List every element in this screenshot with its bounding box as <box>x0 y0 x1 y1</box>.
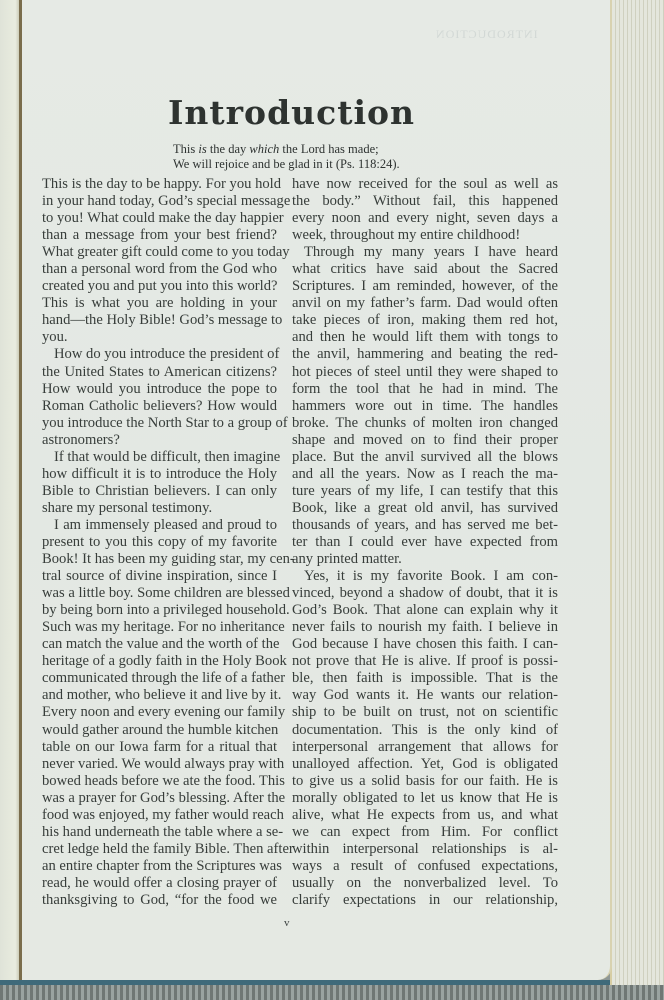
text-line: have now received for the soul as well a… <box>292 176 558 193</box>
text-line: his hand underneath the table where a se… <box>42 824 277 841</box>
text-line: an entire chapter from the Scriptures wa… <box>42 858 277 875</box>
text-line: what critics have said about the Sacred <box>292 261 558 278</box>
text-line: Every noon and every evening our family <box>42 704 277 721</box>
text-line: within interpersonal relationships is al… <box>292 841 558 858</box>
text-line: than a personal word from the God who <box>42 261 277 278</box>
text-line: in your hand today, God’s special messag… <box>42 193 277 210</box>
text-line: the anvil, hammering and beating the red… <box>292 346 558 363</box>
text-line: how difficult it is to introduce the Hol… <box>42 466 277 483</box>
photo-background-bottom <box>0 985 664 1000</box>
text-line: to give us a solid basis for our faith. … <box>292 773 558 790</box>
right-text-column: have now received for the soul as well a… <box>292 176 558 909</box>
text-line: ter than I could ever have expected from <box>292 534 558 551</box>
text-line: heritage of a godly faith in the Holy Bo… <box>42 653 277 670</box>
text-line: you. <box>42 329 277 346</box>
text-line: morally obligated to let us know that He… <box>292 790 558 807</box>
text-line: food was enjoyed, my father would reach <box>42 807 277 824</box>
text-line: place. But the anvil survived all the bl… <box>292 449 558 466</box>
text-line: than a message from your best friend? <box>42 227 277 244</box>
text-line: was a little boy. Some children are bles… <box>42 585 277 602</box>
text-line: hand—the Holy Bible! God’s message to <box>42 312 277 329</box>
text-line: alive, what He expects from us, and what <box>292 807 558 824</box>
text-line: What greater gift could come to you toda… <box>42 244 277 261</box>
text-line: Roman Catholic believers? How would <box>42 398 277 415</box>
text-line: can match the value and the worth of the <box>42 636 277 653</box>
text-line: read, he would offer a closing prayer of <box>42 875 277 892</box>
page-title: Introduction <box>168 93 415 132</box>
text-line: documentation. This is the only kind of <box>292 722 558 739</box>
text-line: present to you this copy of my favorite <box>42 534 277 551</box>
text-line: we can expect from Him. For conflict <box>292 824 558 841</box>
text-line: Scriptures. I am reminded, however, of t… <box>292 278 558 295</box>
text-line: vinced, beyond a shadow of doubt, that i… <box>292 585 558 602</box>
left-text-column: This is the day to be happy. For you hol… <box>42 176 277 909</box>
text-line: any printed matter. <box>292 551 558 568</box>
text-line: If that would be difficult, then imagine <box>42 449 277 466</box>
page-stack <box>612 0 664 985</box>
text-line: to you! What could make the day happier <box>42 210 277 227</box>
text-line: tral source of divine inspiration, since… <box>42 568 277 585</box>
text-line: hammers wore out in time. The handles <box>292 398 558 415</box>
text-line: the United States to American citizens? <box>42 364 277 381</box>
text-line: usually on the nonverbalized level. To <box>292 875 558 892</box>
text-line: cret ledge held the family Bible. Then a… <box>42 841 277 858</box>
text-line: never fails to nourish my faith. I belie… <box>292 619 558 636</box>
text-line: form the tool that he had in mind. The <box>292 381 558 398</box>
text-line: Such was my heritage. For no inheritance <box>42 619 277 636</box>
text-line: and then he would lift them with tongs t… <box>292 329 558 346</box>
text-line: never varied. We would always pray with <box>42 756 277 773</box>
text-line: unalloyed affection. Yet, God is obligat… <box>292 756 558 773</box>
text-line: God’s Book. That alone can explain why i… <box>292 602 558 619</box>
epigraph-line-2: We will rejoice and be glad in it (Ps. 1… <box>173 157 400 172</box>
text-line: every noon and every night, seven days a <box>292 210 558 227</box>
text-line: week, throughout my entire childhood! <box>292 227 558 244</box>
text-line: How do you introduce the president of <box>42 346 277 363</box>
text-line: This is the day to be happy. For you hol… <box>42 176 277 193</box>
text-line: God because I have chosen this faith. I … <box>292 636 558 653</box>
text-line: How would you introduce the pope to <box>42 381 277 398</box>
text-line: and all the years. Now as I reach the ma… <box>292 466 558 483</box>
text-line: table on our Iowa farm for a ritual that <box>42 739 277 756</box>
text-line: created you and put you into this world? <box>42 278 277 295</box>
text-line: ture years of my life, I can testify tha… <box>292 483 558 500</box>
text-line: and mother, who believe it and live by i… <box>42 687 277 704</box>
text-line: thousands of years, and has served me be… <box>292 517 558 534</box>
text-line: share my personal testimony. <box>42 500 277 517</box>
text-line: ship to be built on trust, not on scient… <box>292 704 558 721</box>
text-line: broke. The chunks of molten iron changed <box>292 415 558 432</box>
text-line: thanksgiving to God, “for the food we <box>42 892 277 909</box>
text-line: I am immensely pleased and proud to <box>42 517 277 534</box>
text-line: by being born into a privileged househol… <box>42 602 277 619</box>
text-line: Through my many years I have heard <box>292 244 558 261</box>
epigraph-line-1: This is the day which the Lord has made; <box>173 142 400 157</box>
text-line: Yes, it is my favorite Book. I am con- <box>292 568 558 585</box>
show-through-header: INTRODUCTION <box>435 26 538 43</box>
page-number: v <box>284 917 290 929</box>
text-line: would gather around the humble kitchen <box>42 722 277 739</box>
text-line: This is what you are holding in your <box>42 295 277 312</box>
text-line: ble, then faith is impossible. That is t… <box>292 670 558 687</box>
text-line: not prove that He is alive. If proof is … <box>292 653 558 670</box>
text-line: way God wants it. He wants our relation- <box>292 687 558 704</box>
text-line: bowed heads before we ate the food. This <box>42 773 277 790</box>
text-line: Bible to Christian believers. I can only <box>42 483 277 500</box>
text-line: Book! It has been my guiding star, my ce… <box>42 551 277 568</box>
text-line: astronomers? <box>42 432 277 449</box>
text-line: the body.” Without fail, this happened <box>292 193 558 210</box>
text-line: Book, like a great old anvil, has surviv… <box>292 500 558 517</box>
text-line: was a prayer for God’s blessing. After t… <box>42 790 277 807</box>
text-line: clarify expectations in our relationship… <box>292 892 558 909</box>
text-line: you introduce the North Star to a group … <box>42 415 277 432</box>
text-line: hot pieces of steel until they were shap… <box>292 364 558 381</box>
text-line: take pieces of iron, making them red hot… <box>292 312 558 329</box>
text-line: ways a result of confused expectations, <box>292 858 558 875</box>
text-line: shape and moved on to find their proper <box>292 432 558 449</box>
epigraph: This is the day which the Lord has made;… <box>173 142 400 172</box>
text-line: anvil on my father’s farm. Dad would oft… <box>292 295 558 312</box>
text-line: communicated through the life of a fathe… <box>42 670 277 687</box>
text-line: interpersonal arrangement that allows fo… <box>292 739 558 756</box>
